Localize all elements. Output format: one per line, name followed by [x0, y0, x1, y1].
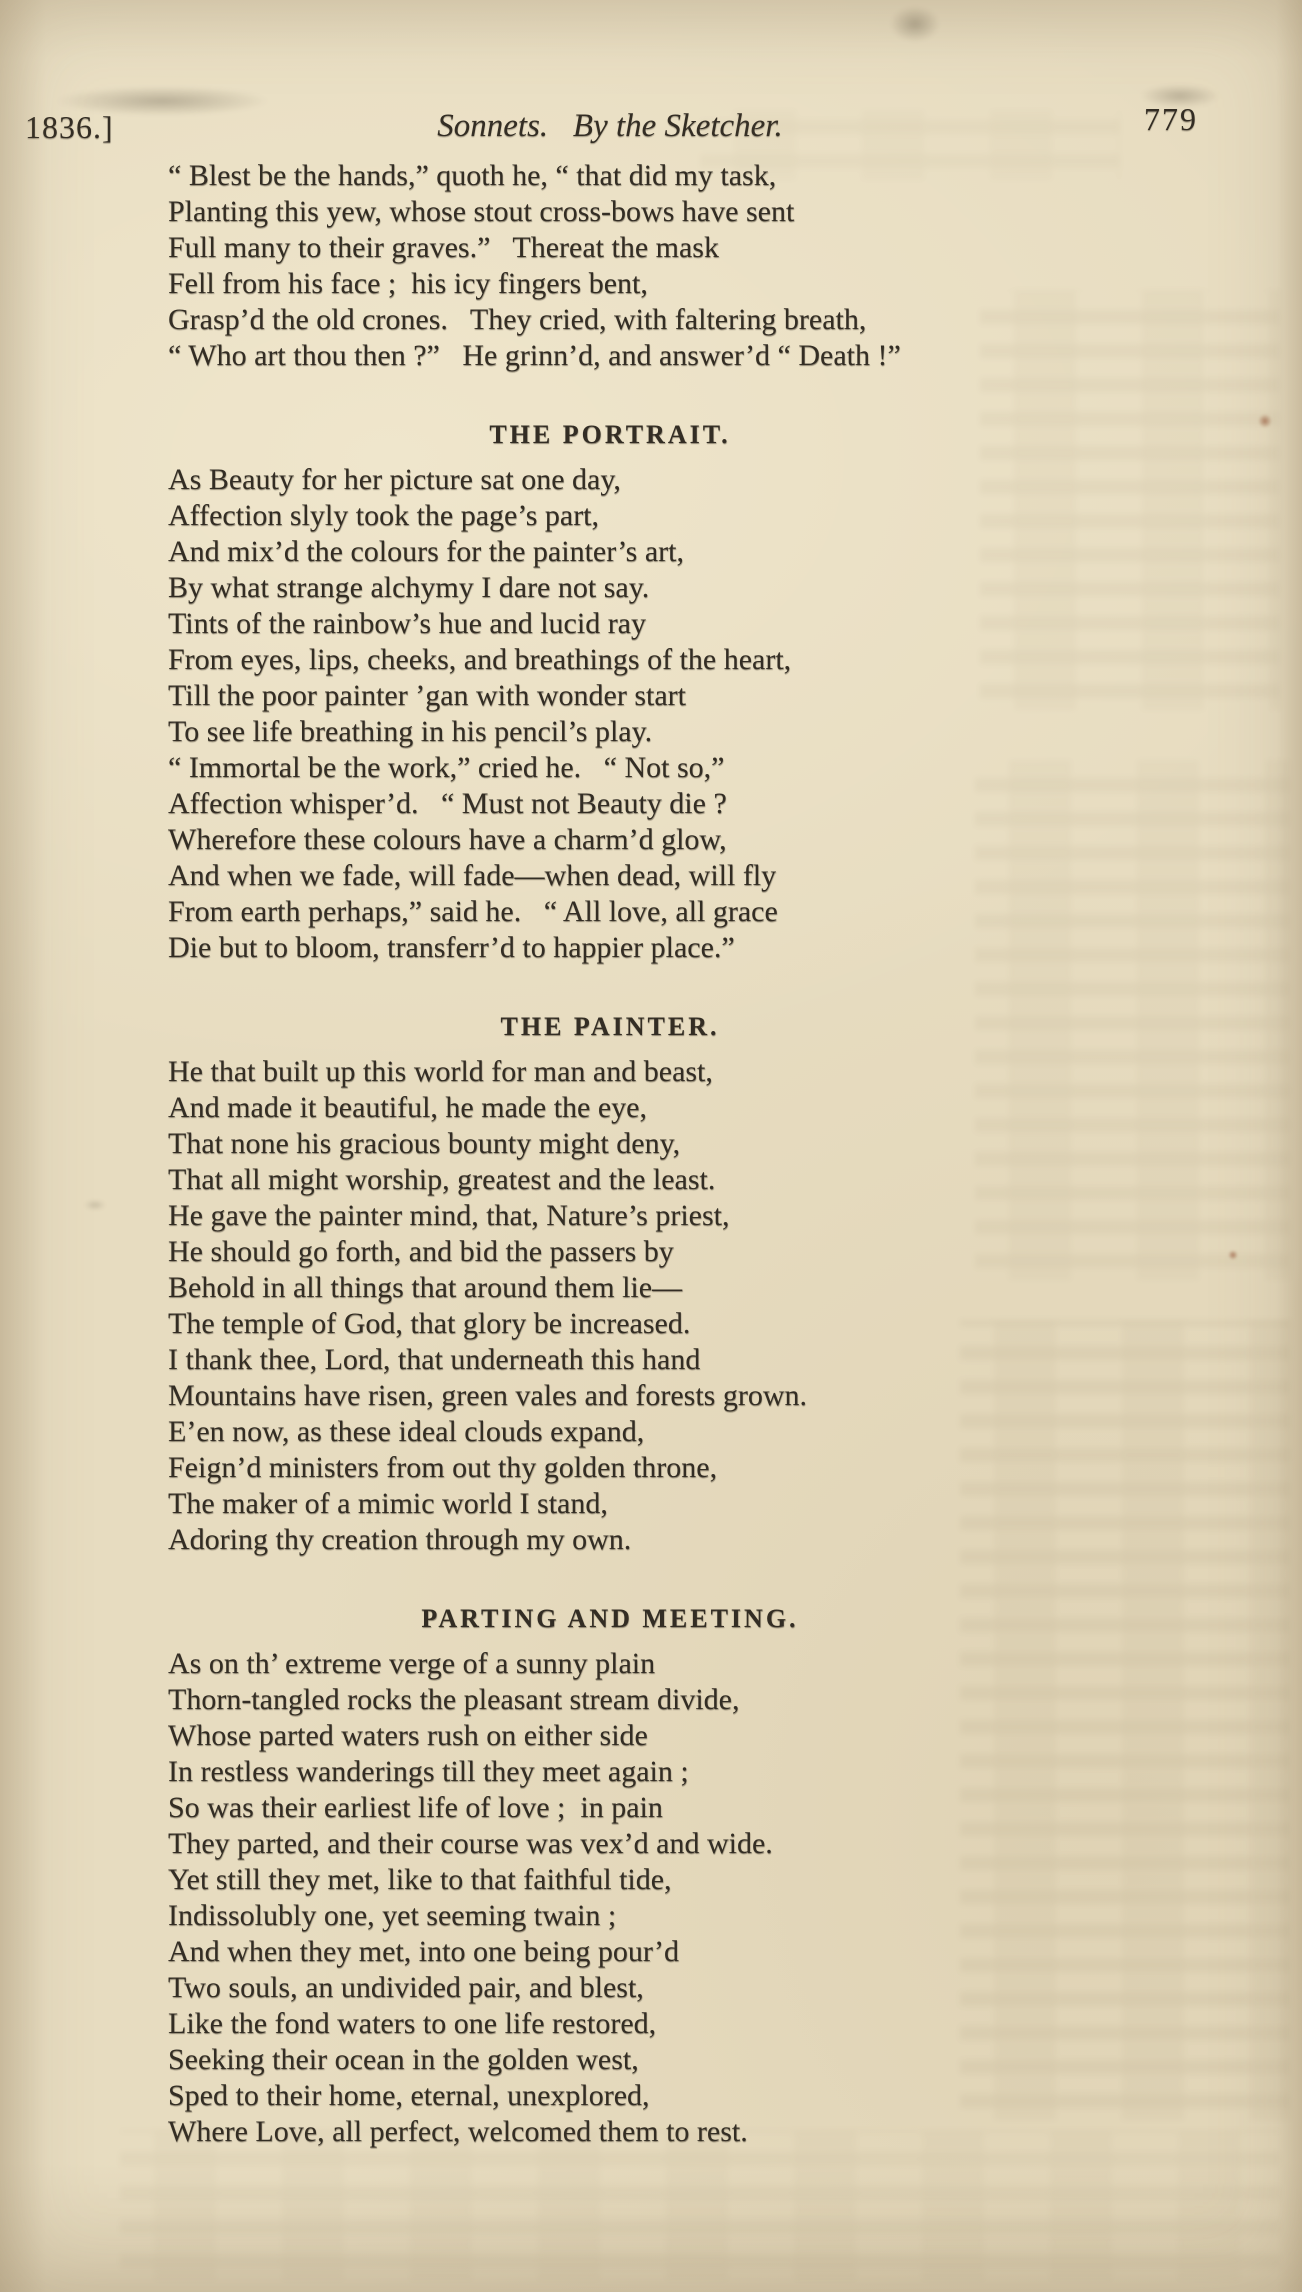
poem-line: E’en now, as these ideal clouds expand, — [168, 1414, 1148, 1450]
ink-smudge — [890, 6, 940, 42]
poem-line: By what strange alchymy I dare not say. — [168, 570, 1148, 606]
poem-line: They parted, and their course was vex’d … — [168, 1826, 1148, 1862]
poem-line: And when we fade, will fade—when dead, w… — [168, 858, 1148, 894]
poem-line: He gave the painter mind, that, Nature’s… — [168, 1198, 1148, 1234]
poem-line: Feign’d ministers from out thy golden th… — [168, 1450, 1148, 1486]
poem-line: Till the poor painter ’gan with wonder s… — [168, 678, 1148, 714]
poem-line: Seeking their ocean in the golden west, — [168, 2042, 1148, 2078]
poem-line: Sped to their home, eternal, unexplored, — [168, 2078, 1148, 2114]
scanned-book-page: 1836.] Sonnets. By the Sketcher. 779 “ B… — [0, 0, 1302, 2292]
poem-line: As Beauty for her picture sat one day, — [168, 462, 1148, 498]
poem-line: That all might worship, greatest and the… — [168, 1162, 1148, 1198]
poem-line: Behold in all things that around them li… — [168, 1270, 1148, 1306]
poem-line: Indissolubly one, yet seeming twain ; — [168, 1898, 1148, 1934]
poem-line: “ Immortal be the work,” cried he. “ Not… — [168, 750, 1148, 786]
poem-line: From earth perhaps,” said he. “ All love… — [168, 894, 1148, 930]
show-through-ghost-text — [120, 2130, 1280, 2280]
poem-line: Two souls, an undivided pair, and blest, — [168, 1970, 1148, 2006]
poem-line: Wherefore these colours have a charm’d g… — [168, 822, 1148, 858]
page-number: 779 — [1144, 98, 1214, 140]
poem-heading: THE PORTRAIT. — [168, 418, 1052, 452]
poem-line: Tints of the rainbow’s hue and lucid ray — [168, 606, 1148, 642]
foxing-speck — [1228, 1250, 1238, 1260]
poem-line: Fell from his face ; his icy fingers ben… — [168, 266, 1148, 302]
poem-line: Grasp’d the old crones. They cried, with… — [168, 302, 1148, 338]
poem-line: And when they met, into one being pour’d — [168, 1934, 1148, 1970]
poem-line: “ Blest be the hands,” quoth he, “ that … — [168, 158, 1148, 194]
poem-line: “ Who art thou then ?” He grinn’d, and a… — [168, 338, 1148, 374]
poem-line: Die but to bloom, transferr’d to happier… — [168, 930, 1148, 966]
poem-line: He should go forth, and bid the passers … — [168, 1234, 1148, 1270]
poem-line: So was their earliest life of love ; in … — [168, 1790, 1148, 1826]
poem-line: To see life breathing in his pencil’s pl… — [168, 714, 1148, 750]
poem-heading: PARTING AND MEETING. — [168, 1602, 1052, 1636]
poem-heading: THE PAINTER. — [168, 1010, 1052, 1044]
poem-line: Affection whisper’d. “ Must not Beauty d… — [168, 786, 1148, 822]
poem-line: As on th’ extreme verge of a sunny plain — [168, 1646, 1148, 1682]
poem-line: Like the fond waters to one life restore… — [168, 2006, 1148, 2042]
year-label: 1836.] — [25, 106, 114, 148]
poem-line: Affection slyly took the page’s part, — [168, 498, 1148, 534]
poem-line: That none his gracious bounty might deny… — [168, 1126, 1148, 1162]
running-title: Sonnets. By the Sketcher. — [168, 104, 1052, 148]
poem-line: The temple of God, that glory be increas… — [168, 1306, 1148, 1342]
poem-column: “ Blest be the hands,” quoth he, “ that … — [168, 158, 1148, 2150]
poem-line: Planting this yew, whose stout cross-bow… — [168, 194, 1148, 230]
poem-line: And made it beautiful, he made the eye, — [168, 1090, 1148, 1126]
poem-line: In restless wanderings till they meet ag… — [168, 1754, 1148, 1790]
poem-line: Full many to their graves.” Thereat the … — [168, 230, 1148, 266]
ink-smudge — [84, 1200, 106, 1210]
poem-line: And mix’d the colours for the painter’s … — [168, 534, 1148, 570]
poem-line: Adoring thy creation through my own. — [168, 1522, 1148, 1558]
poem-line: The maker of a mimic world I stand, — [168, 1486, 1148, 1522]
poem-line: Whose parted waters rush on either side — [168, 1718, 1148, 1754]
poem-line: I thank thee, Lord, that underneath this… — [168, 1342, 1148, 1378]
poem-line: From eyes, lips, cheeks, and breathings … — [168, 642, 1148, 678]
foxing-speck — [1258, 414, 1272, 428]
poem-line: He that built up this world for man and … — [168, 1054, 1148, 1090]
poem-line: Yet still they met, like to that faithfu… — [168, 1862, 1148, 1898]
poem-line: Thorn-tangled rocks the pleasant stream … — [168, 1682, 1148, 1718]
poem-line: Mountains have risen, green vales and fo… — [168, 1378, 1148, 1414]
poem-line: Where Love, all perfect, welcomed them t… — [168, 2114, 1148, 2150]
